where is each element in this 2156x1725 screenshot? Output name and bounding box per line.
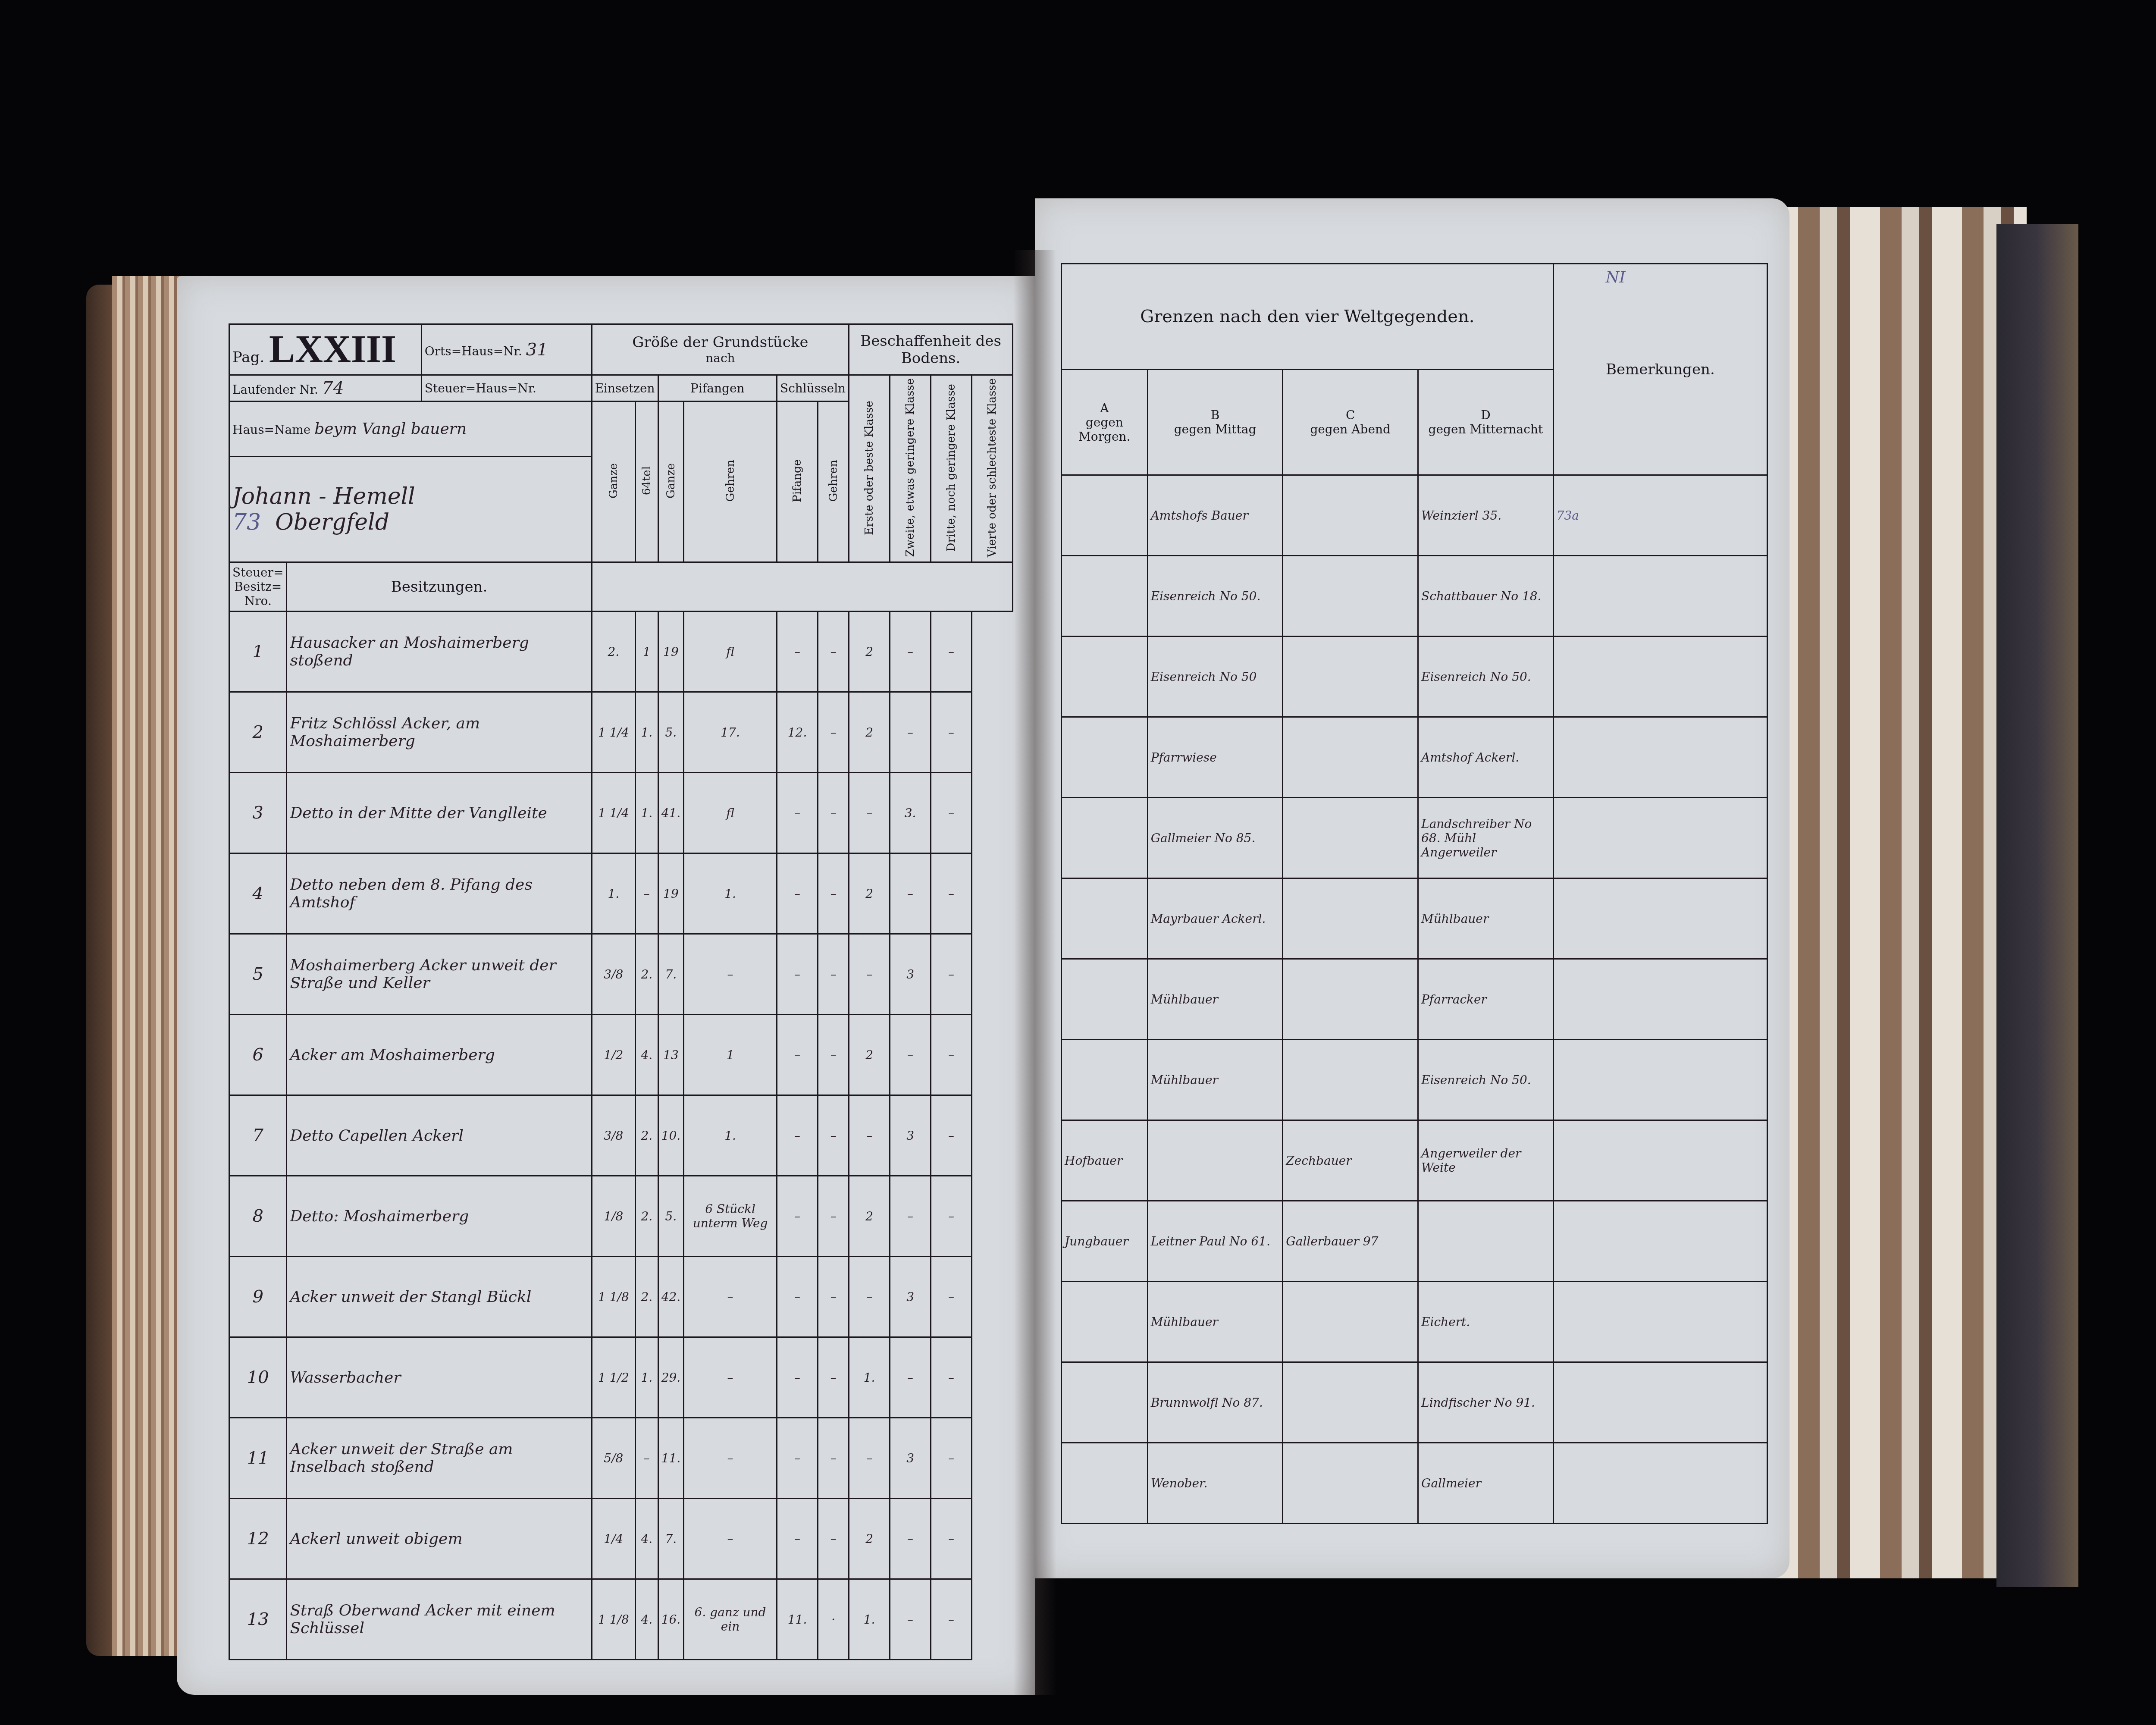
row-value: – xyxy=(818,1499,849,1579)
row-description: Acker am Moshaimerberg xyxy=(287,1015,592,1095)
laufender-nr-value: 74 xyxy=(322,378,344,398)
orts-haus-nr-label: Orts=Haus=Nr. xyxy=(425,344,522,358)
row-value: – xyxy=(684,1337,777,1418)
row-description: Hausacker an Moshaimerberg stoßend xyxy=(287,612,592,692)
boundary-d: Weinzierl 35. xyxy=(1418,475,1554,556)
boundary-a: Jungbauer xyxy=(1062,1201,1148,1282)
remark xyxy=(1553,798,1767,878)
possession-row: 10Wasserbacher1 1/21.29.–––1.–– xyxy=(229,1337,1013,1418)
row-value: – xyxy=(777,853,818,934)
possession-row: 2Fritz Schlössl Acker, am Moshaimerberg1… xyxy=(229,692,1013,773)
boundary-c xyxy=(1283,1282,1418,1362)
size-sub-4: Gehren xyxy=(684,401,777,562)
row-value: 1 1/4 xyxy=(592,692,635,773)
remark: 73a xyxy=(1553,475,1767,556)
size-group-schluesseln: Schlüsseln xyxy=(777,375,849,401)
size-group-pifangen: Pifangen xyxy=(658,375,777,401)
boundary-a xyxy=(1062,1040,1148,1120)
boundary-a xyxy=(1062,878,1148,959)
row-value: 1 1/8 xyxy=(592,1257,635,1337)
row-value: 1. xyxy=(592,853,635,934)
boundary-row: Eisenreich No 50.Schattbauer No 18. xyxy=(1062,556,1767,637)
boundary-row: HofbauerZechbauerAngerweiler der Weite xyxy=(1062,1120,1767,1201)
folio-pencil: NI xyxy=(1606,269,1626,286)
boundary-d: Amtshof Ackerl. xyxy=(1418,717,1554,798)
boundary-c xyxy=(1283,637,1418,717)
row-value: 1. xyxy=(636,1337,658,1418)
size-sub-6: Gehren xyxy=(818,401,849,562)
row-value: 12. xyxy=(777,692,818,773)
row-number: 5 xyxy=(229,934,287,1015)
row-value: – xyxy=(890,1337,931,1418)
row-value: 1. xyxy=(636,773,658,853)
row-value: – xyxy=(931,1176,972,1257)
row-value: – xyxy=(931,1418,972,1499)
remark xyxy=(1553,1443,1767,1524)
row-value: 17. xyxy=(684,692,777,773)
boundary-c xyxy=(1283,1362,1418,1443)
boundary-c xyxy=(1283,798,1418,878)
boundary-b: Mühlbauer xyxy=(1147,959,1283,1040)
row-description: Straß Oberwand Acker mit einem Schlüssel xyxy=(287,1579,592,1660)
row-value: – xyxy=(684,934,777,1015)
boundary-d: Landschreiber No 68. Mühl Angerweiler xyxy=(1418,798,1554,878)
boundary-d: Eichert. xyxy=(1418,1282,1554,1362)
size-sub-2: 64tel xyxy=(636,401,658,562)
boundary-a xyxy=(1062,556,1148,637)
soil-col-3: Dritte, noch geringere Klasse xyxy=(931,375,972,562)
row-value: 13 xyxy=(658,1015,684,1095)
row-description: Wasserbacher xyxy=(287,1337,592,1418)
row-value: – xyxy=(777,773,818,853)
open-ledger-book: Pag. LXXIII Orts=Haus=Nr. 31 Größe der G… xyxy=(86,198,2078,1621)
row-description: Detto in der Mitte der Vanglleite xyxy=(287,773,592,853)
possession-row: 9Acker unweit der Stangl Bückl1 1/82.42.… xyxy=(229,1257,1013,1337)
right-boundaries-table: Grenzen nach den vier Weltgegenden. NI B… xyxy=(1061,263,1768,1524)
possession-row: 7Detto Capellen Ackerl3/82.10.1.–––3– xyxy=(229,1095,1013,1176)
row-value: – xyxy=(636,853,658,934)
possession-row: 1Hausacker an Moshaimerberg stoßend2.119… xyxy=(229,612,1013,692)
row-value: 1/8 xyxy=(592,1176,635,1257)
boundary-c: Zechbauer xyxy=(1283,1120,1418,1201)
orts-haus-nr-cell: Orts=Haus=Nr. 31 xyxy=(421,324,592,375)
row-number: 8 xyxy=(229,1176,287,1257)
soil-col-1: Erste oder beste Klasse xyxy=(849,375,890,562)
row-value: – xyxy=(818,692,849,773)
row-number: 9 xyxy=(229,1257,287,1337)
haus-name-cell: Haus=Name beym Vangl bauern xyxy=(229,401,592,457)
row-value: fl xyxy=(684,612,777,692)
row-value: 2 xyxy=(849,1176,890,1257)
boundary-d: Angerweiler der Weite xyxy=(1418,1120,1554,1201)
row-value: 1/2 xyxy=(592,1015,635,1095)
row-value: 3 xyxy=(890,1418,931,1499)
steuer-haus-nr-cell: Steuer=Haus=Nr. xyxy=(421,375,592,401)
row-value: 5. xyxy=(658,692,684,773)
soil-col-2: Zweite, etwas geringere Klasse xyxy=(890,375,931,562)
row-value: – xyxy=(890,692,931,773)
pencil-number: 73 xyxy=(232,509,261,535)
row-value: – xyxy=(777,1337,818,1418)
boundary-b: Gallmeier No 85. xyxy=(1147,798,1283,878)
col-d-header: Dgegen Mitternacht xyxy=(1418,370,1554,475)
boundary-d xyxy=(1418,1201,1554,1282)
boundary-a xyxy=(1062,959,1148,1040)
row-value: – xyxy=(818,1176,849,1257)
row-value: – xyxy=(849,1418,890,1499)
row-value: – xyxy=(818,612,849,692)
row-value: – xyxy=(890,1176,931,1257)
row-value: 1 1/8 xyxy=(592,1579,635,1660)
remark xyxy=(1553,1040,1767,1120)
col-a-header: Agegen Morgen. xyxy=(1062,370,1148,475)
pag-label: Pag. xyxy=(232,349,264,366)
size-nach: nach xyxy=(595,351,846,365)
remark xyxy=(1553,1282,1767,1362)
boundary-d: Schattbauer No 18. xyxy=(1418,556,1554,637)
col-b-header: Bgegen Mittag xyxy=(1147,370,1283,475)
pag-cell: Pag. LXXIII xyxy=(229,324,422,375)
row-value: – xyxy=(777,1176,818,1257)
boundary-b: Mayrbauer Ackerl. xyxy=(1147,878,1283,959)
row-value: – xyxy=(777,1418,818,1499)
boundary-b: Amtshofs Bauer xyxy=(1147,475,1283,556)
size-header: Größe der Grundstücke xyxy=(595,334,846,351)
row-value: – xyxy=(931,1579,972,1660)
row-value: – xyxy=(890,1499,931,1579)
row-number: 1 xyxy=(229,612,287,692)
row-value: 1. xyxy=(684,853,777,934)
row-number: 7 xyxy=(229,1095,287,1176)
possession-row: 8Detto: Moshaimerberg1/82.5.6 Stückl unt… xyxy=(229,1176,1013,1257)
row-value: – xyxy=(684,1418,777,1499)
owner-name: Johann - Hemell xyxy=(232,483,589,509)
row-number: 2 xyxy=(229,692,287,773)
row-value: – xyxy=(890,1015,931,1095)
right-cover xyxy=(1996,224,2078,1587)
row-value: 16. xyxy=(658,1579,684,1660)
row-value: – xyxy=(777,1499,818,1579)
row-value: – xyxy=(890,853,931,934)
row-number: 13 xyxy=(229,1579,287,1660)
boundary-a xyxy=(1062,475,1148,556)
boundary-b: Pfarrwiese xyxy=(1147,717,1283,798)
row-value: 3/8 xyxy=(592,934,635,1015)
row-value: 2. xyxy=(636,1095,658,1176)
row-value: – xyxy=(931,1337,972,1418)
row-value: – xyxy=(931,1015,972,1095)
size-group-einsetzen: Einsetzen xyxy=(592,375,658,401)
row-number: 12 xyxy=(229,1499,287,1579)
row-value: – xyxy=(777,612,818,692)
row-value: 3. xyxy=(890,773,931,853)
boundary-row: Eisenreich No 50Eisenreich No 50. xyxy=(1062,637,1767,717)
boundary-a xyxy=(1062,798,1148,878)
row-value: 2 xyxy=(849,1015,890,1095)
row-value: 1 xyxy=(636,612,658,692)
row-value: 3 xyxy=(890,934,931,1015)
row-value: – xyxy=(818,853,849,934)
row-description: Detto neben dem 8. Pifang des Amtshof xyxy=(287,853,592,934)
boundary-b: Brunnwolfl No 87. xyxy=(1147,1362,1283,1443)
row-value: 1 xyxy=(684,1015,777,1095)
boundary-b: Leitner Paul No 61. xyxy=(1147,1201,1283,1282)
boundary-a xyxy=(1062,1443,1148,1524)
possession-row: 5Moshaimerberg Acker unweit der Straße u… xyxy=(229,934,1013,1015)
remark xyxy=(1553,1201,1767,1282)
row-value: – xyxy=(849,934,890,1015)
row-value: 1. xyxy=(636,692,658,773)
row-number: 10 xyxy=(229,1337,287,1418)
boundary-row: MühlbauerPfarracker xyxy=(1062,959,1767,1040)
boundary-b xyxy=(1147,1120,1283,1201)
boundary-row: Brunnwolfl No 87.Lindfischer No 91. xyxy=(1062,1362,1767,1443)
row-value: · xyxy=(818,1579,849,1660)
row-value: – xyxy=(684,1257,777,1337)
row-value: 1. xyxy=(849,1337,890,1418)
haus-name-value: beym Vangl bauern xyxy=(314,420,467,438)
row-value: – xyxy=(777,934,818,1015)
possession-row: 12Ackerl unweit obigem1/44.7.–––2–– xyxy=(229,1499,1013,1579)
boundary-d: Lindfischer No 91. xyxy=(1418,1362,1554,1443)
row-value: – xyxy=(684,1499,777,1579)
row-value: 2 xyxy=(849,1499,890,1579)
size-header-cell: Größe der Grundstücke nach xyxy=(592,324,849,375)
row-value: 2. xyxy=(636,1176,658,1257)
row-value: – xyxy=(818,773,849,853)
boundary-d: Eisenreich No 50. xyxy=(1418,637,1554,717)
soil-header: Beschaffenheit des Bodens. xyxy=(860,332,1001,367)
row-value: 3 xyxy=(890,1095,931,1176)
boundary-d: Mühlbauer xyxy=(1418,878,1554,959)
boundary-b: Eisenreich No 50 xyxy=(1147,637,1283,717)
row-value: – xyxy=(849,773,890,853)
boundary-a xyxy=(1062,637,1148,717)
row-value: 1. xyxy=(684,1095,777,1176)
row-value: 2 xyxy=(849,612,890,692)
row-value: – xyxy=(818,1257,849,1337)
soil-col-4: Vierte oder schlechteste Klasse xyxy=(972,375,1013,562)
boundary-row: Wenober.Gallmeier xyxy=(1062,1443,1767,1524)
row-value: 4. xyxy=(636,1579,658,1660)
boundary-a xyxy=(1062,1362,1148,1443)
row-value: – xyxy=(931,1257,972,1337)
boundary-row: Amtshofs BauerWeinzierl 35.73a xyxy=(1062,475,1767,556)
remark xyxy=(1553,1362,1767,1443)
remark xyxy=(1553,1120,1767,1201)
remark xyxy=(1553,717,1767,798)
soil-header-cell: Beschaffenheit des Bodens. xyxy=(849,324,1013,375)
left-register-table: Pag. LXXIII Orts=Haus=Nr. 31 Größe der G… xyxy=(229,323,1013,1660)
row-value: 4. xyxy=(636,1015,658,1095)
boundary-row: PfarrwieseAmtshof Ackerl. xyxy=(1062,717,1767,798)
boundary-b: Eisenreich No 50. xyxy=(1147,556,1283,637)
row-value: – xyxy=(777,1015,818,1095)
row-value: – xyxy=(931,773,972,853)
boundary-a: Hofbauer xyxy=(1062,1120,1148,1201)
row-value: 1 1/4 xyxy=(592,773,635,853)
row-description: Ackerl unweit obigem xyxy=(287,1499,592,1579)
orts-haus-nr-value: 31 xyxy=(526,340,548,360)
boundary-c xyxy=(1283,959,1418,1040)
row-description: Detto Capellen Ackerl xyxy=(287,1095,592,1176)
possession-row: 11Acker unweit der Straße am Inselbach s… xyxy=(229,1418,1013,1499)
row-description: Fritz Schlössl Acker, am Moshaimerberg xyxy=(287,692,592,773)
row-value: 11. xyxy=(777,1579,818,1660)
row-value: 7. xyxy=(658,934,684,1015)
haus-name-label: Haus=Name xyxy=(232,423,310,437)
row-description: Moshaimerberg Acker unweit der Straße un… xyxy=(287,934,592,1015)
row-value: 3/8 xyxy=(592,1095,635,1176)
row-value: – xyxy=(777,1257,818,1337)
row-description: Acker unweit der Straße am Inselbach sto… xyxy=(287,1418,592,1499)
row-description: Acker unweit der Stangl Bückl xyxy=(287,1257,592,1337)
possession-row: 4Detto neben dem 8. Pifang des Amtshof1.… xyxy=(229,853,1013,934)
boundary-row: JungbauerLeitner Paul No 61.Gallerbauer … xyxy=(1062,1201,1767,1282)
book-gutter xyxy=(1013,250,1056,1695)
row-value: 3 xyxy=(890,1257,931,1337)
row-value: – xyxy=(931,692,972,773)
bemerkungen-header-cell: NI Bemerkungen. xyxy=(1553,264,1767,475)
boundary-a xyxy=(1062,717,1148,798)
row-description: Detto: Moshaimerberg xyxy=(287,1176,592,1257)
boundary-d: Pfarracker xyxy=(1418,959,1554,1040)
row-number: 6 xyxy=(229,1015,287,1095)
row-value: – xyxy=(931,853,972,934)
boundary-c xyxy=(1283,717,1418,798)
boundary-c xyxy=(1283,1443,1418,1524)
right-page-edges xyxy=(1768,207,2027,1578)
remark xyxy=(1553,959,1767,1040)
boundary-c: Gallerbauer 97 xyxy=(1283,1201,1418,1282)
size-sub-3: Ganze xyxy=(658,401,684,562)
row-value: 11. xyxy=(658,1418,684,1499)
row-value: – xyxy=(931,1095,972,1176)
row-value: 42. xyxy=(658,1257,684,1337)
row-value: 2. xyxy=(636,1257,658,1337)
row-number: 4 xyxy=(229,853,287,934)
boundary-c xyxy=(1283,878,1418,959)
row-value: – xyxy=(931,1499,972,1579)
row-value: 7. xyxy=(658,1499,684,1579)
owner-location: Obergfeld xyxy=(275,509,389,535)
row-value: – xyxy=(931,612,972,692)
row-value: 2. xyxy=(592,612,635,692)
row-value: – xyxy=(818,934,849,1015)
row-value: 2 xyxy=(849,692,890,773)
remark xyxy=(1553,637,1767,717)
row-value: 10. xyxy=(658,1095,684,1176)
remark xyxy=(1553,878,1767,959)
boundary-row: MühlbauerEichert. xyxy=(1062,1282,1767,1362)
size-sub-5: Pifange xyxy=(777,401,818,562)
row-value: 1 1/2 xyxy=(592,1337,635,1418)
laufender-nr-label: Laufender Nr. xyxy=(232,383,318,397)
possession-row: 6Acker am Moshaimerberg1/24.131––2–– xyxy=(229,1015,1013,1095)
grenzen-header: Grenzen nach den vier Weltgegenden. xyxy=(1062,264,1554,370)
possession-row: 3Detto in der Mitte der Vanglleite1 1/41… xyxy=(229,773,1013,853)
boundary-b: Mühlbauer xyxy=(1147,1282,1283,1362)
boundary-b: Wenober. xyxy=(1147,1443,1283,1524)
row-value: 6. ganz und ein xyxy=(684,1579,777,1660)
row-value: – xyxy=(818,1015,849,1095)
row-value: – xyxy=(777,1095,818,1176)
row-value: – xyxy=(818,1337,849,1418)
row-number: 11 xyxy=(229,1418,287,1499)
row-value: 1. xyxy=(849,1579,890,1660)
steuer-nr-header: Steuer= Besitz= Nro. xyxy=(229,562,287,612)
row-value: 4. xyxy=(636,1499,658,1579)
bemerkungen-header: Bemerkungen. xyxy=(1606,361,1715,378)
row-value: – xyxy=(890,1579,931,1660)
size-sub-1: Ganze xyxy=(592,401,635,562)
page-number: LXXIII xyxy=(269,328,396,371)
row-value: – xyxy=(849,1257,890,1337)
boundary-row: Gallmeier No 85.Landschreiber No 68. Müh… xyxy=(1062,798,1767,878)
boundary-row: MühlbauerEisenreich No 50. xyxy=(1062,1040,1767,1120)
boundary-d: Eisenreich No 50. xyxy=(1418,1040,1554,1120)
row-number: 3 xyxy=(229,773,287,853)
row-value: 2. xyxy=(636,934,658,1015)
steuer-haus-nr-label: Steuer=Haus=Nr. xyxy=(425,381,536,395)
row-value: – xyxy=(818,1418,849,1499)
row-value: 2 xyxy=(849,853,890,934)
boundary-a xyxy=(1062,1282,1148,1362)
boundary-row: Mayrbauer Ackerl.Mühlbauer xyxy=(1062,878,1767,959)
row-value: 29. xyxy=(658,1337,684,1418)
row-value: fl xyxy=(684,773,777,853)
remark-pencil: 73a xyxy=(1557,508,1764,523)
row-value: – xyxy=(849,1095,890,1176)
boundary-c xyxy=(1283,556,1418,637)
boundary-d: Gallmeier xyxy=(1418,1443,1554,1524)
boundary-c xyxy=(1283,1040,1418,1120)
laufender-nr-cell: Laufender Nr. 74 xyxy=(229,375,422,401)
row-value: 41. xyxy=(658,773,684,853)
row-value: – xyxy=(818,1095,849,1176)
row-value: 1/4 xyxy=(592,1499,635,1579)
boundary-b: Mühlbauer xyxy=(1147,1040,1283,1120)
owner-cell: Johann - Hemell 73 Obergfeld xyxy=(229,457,592,562)
possession-row: 13Straß Oberwand Acker mit einem Schlüss… xyxy=(229,1579,1013,1660)
besitzungen-header: Besitzungen. xyxy=(287,562,592,612)
row-value: – xyxy=(636,1418,658,1499)
col-c-header: Cgegen Abend xyxy=(1283,370,1418,475)
row-value: – xyxy=(890,612,931,692)
boundary-c xyxy=(1283,475,1418,556)
row-value: 6 Stückl unterm Weg xyxy=(684,1176,777,1257)
header-spacer xyxy=(592,562,1012,612)
row-value: 19 xyxy=(658,853,684,934)
row-value: 19 xyxy=(658,612,684,692)
row-value: 5. xyxy=(658,1176,684,1257)
row-value: – xyxy=(931,934,972,1015)
remark xyxy=(1553,556,1767,637)
row-value: 5/8 xyxy=(592,1418,635,1499)
